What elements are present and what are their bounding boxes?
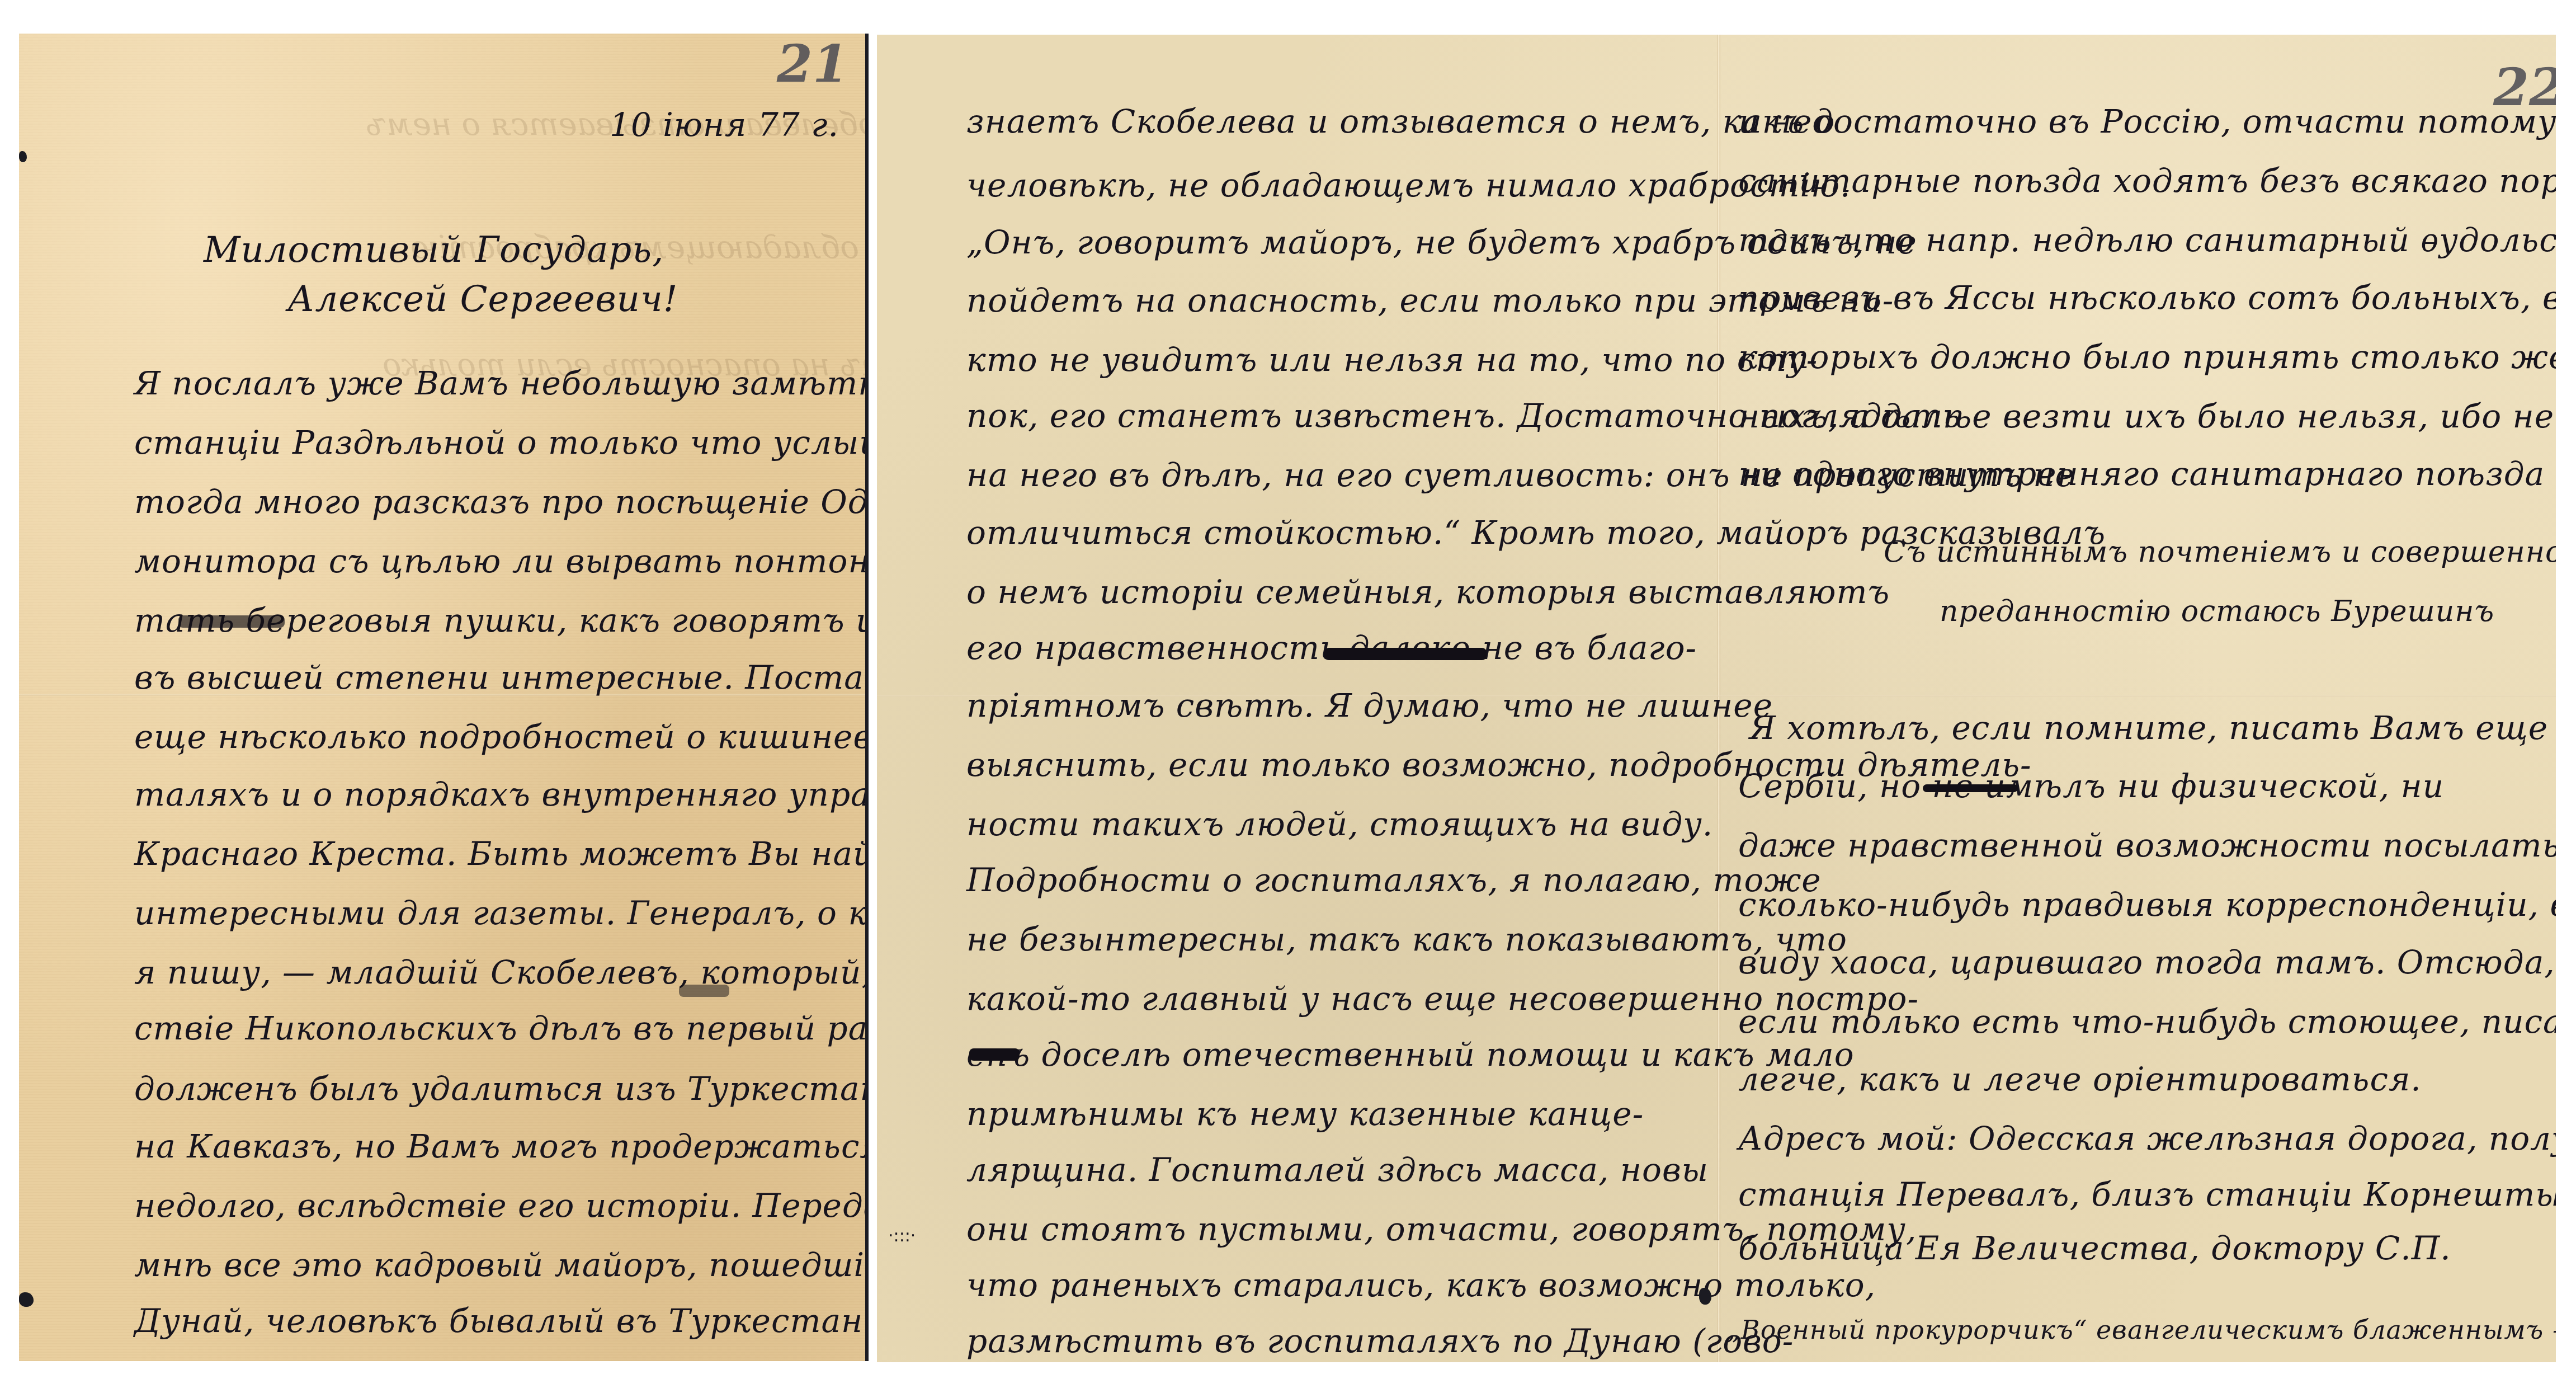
text-line: недолго, вслѣдствіе его исторіи. Передал… [134, 1186, 869, 1225]
text-line: я пишу, — младшій Скобелевъ, который, вс… [134, 953, 869, 992]
page-number: 21 [777, 34, 848, 94]
postscript-line: Сербіи, но не имѣлъ ни физической, ни [1738, 766, 2444, 806]
postscript-line: если только есть что-нибудь стоющее, пис… [1738, 1002, 2556, 1041]
postscript-line: Адресъ мой: Одесская желѣзная дорога, по… [1738, 1119, 2556, 1158]
text-line: еще нѣсколько подробностей о кишиневских… [134, 717, 869, 756]
text-line: санитарные поѣзда ходятъ безъ всякаго по… [1738, 161, 2556, 200]
margin-mark: ·:::· [888, 1226, 916, 1246]
text-line: и недостаточно въ Россію, отчасти потому… [1738, 102, 2556, 141]
text-line: таляхъ и о порядкахъ внутренняго управле… [134, 775, 869, 814]
crossed-out-word [969, 1048, 1020, 1061]
paper-tear-mark [19, 151, 27, 162]
text-line: ствіе Никопольскихъ дѣлъ въ первый разъ … [134, 1009, 869, 1048]
text-line: на Кавказъ, но Вамъ могъ продержаться [134, 1127, 869, 1166]
text-line: размѣстить въ госпиталяхъ по Дунаю (гово… [966, 1321, 1794, 1361]
text-line: кто не увидитъ или нельзя на то, что по … [966, 340, 1818, 379]
text-line: такъ что напр. недѣлю санитарный ѳудольс… [1738, 220, 2556, 260]
letter-page-left: знаетъ Скобелева и отзывается о немъ чел… [19, 34, 869, 1361]
text-line: ныхъ, а далѣе везти ихъ было нельзя, ибо… [1738, 397, 2556, 436]
text-line: Подробности о госпиталяхъ, я полагаю, то… [966, 860, 1822, 900]
text-line: Краснаго Креста. Быть можетъ Вы найдете … [134, 834, 869, 873]
crossed-out-word [1923, 784, 2018, 792]
text-line: привезъ въ Яссы нѣсколько сотъ больныхъ,… [1738, 278, 2556, 317]
text-line: Я послалъ уже Вамъ небольшую замѣтку со [134, 364, 869, 403]
postscript-line: станція Перевалъ, близъ станціи Корнешты… [1738, 1175, 2556, 1214]
text-line: пріятномъ свѣтѣ. Я думаю, что не лишнее [966, 686, 1773, 725]
salutation-line: Алексей Сергеевич! [287, 280, 678, 319]
text-line: ности такихъ людей, стоящихъ на виду. [966, 804, 1713, 844]
paper-tear-mark [19, 1292, 34, 1307]
letter-spread-right: знаетъ Скобелева и отзывается о немъ, ка… [877, 35, 2556, 1362]
text-line: знаетъ Скобелева и отзывается о немъ, ка… [966, 102, 1835, 141]
text-line: не безынтересны, такъ какъ показываютъ, … [966, 920, 1847, 959]
text-line: ни одного внутренняго санитарнаго поѣзда… [1738, 454, 2556, 493]
postscript-line: сколько-нибудь правдивыя корреспонденціи… [1738, 885, 2556, 924]
crossed-out-word [1324, 648, 1487, 660]
footnote-line: „Военный прокурорчикъ“ евангелическимъ б… [1727, 1310, 2556, 1349]
text-line: что раненыхъ старались, какъ возможно то… [966, 1265, 1876, 1305]
text-line: долженъ былъ удалиться изъ Туркестана [134, 1069, 869, 1108]
postscript-line: даже нравственной возможности посылать [1738, 826, 2556, 865]
text-line: мнѣ все это кадровый майоръ, пошедшій на [134, 1245, 869, 1284]
postscript-line: Я хотѣлъ, если помните, писать Вамъ еще … [1749, 708, 2556, 747]
postscript-line: легче, какъ и легче оріентироваться. [1738, 1060, 2422, 1099]
text-line: Дунай, человѣкъ бывалый въ Туркестанѣ. О… [134, 1301, 869, 1340]
salutation-line: Милостивый Государь, [204, 230, 664, 270]
postscript-line: виду хаоса, царившаго тогда тамъ. Отсюда… [1738, 943, 2555, 982]
text-line: енъ доселѣ отечественный помощи и какъ м… [966, 1035, 1855, 1074]
text-line: монитора съ цѣлью ли вырвать понтонъ или… [134, 542, 869, 581]
letter-date: 10 іюня 77 г. [610, 105, 839, 144]
text-line: тогда много разсказъ про посѣщеніе Одесс… [134, 482, 869, 521]
paper-tear-mark [1699, 1288, 1711, 1305]
ink-smudge [178, 615, 285, 628]
text-line: примѣнимы къ нему казенные канце- [966, 1094, 1644, 1133]
text-line: которыхъ должно было принять столько же … [1738, 337, 2556, 377]
closing-line: Съ истиннымъ почтеніемъ и совершенной [1884, 533, 2556, 572]
closing-line: преданностію остаюсь Бурешинъ [1940, 592, 2494, 631]
text-line: о немъ исторіи семейныя, которыя выставл… [966, 572, 1890, 611]
text-line: лярщина. Госпиталей здѣсь масса, новы [966, 1150, 1709, 1189]
text-line: станціи Раздѣльной о только что услышанн… [134, 423, 869, 462]
postscript-line: больница Ея Величества, доктору С.П. [1738, 1229, 2451, 1268]
text-line: въ высшей степени интересные. Постараюсь… [134, 658, 869, 697]
text-line: человѣкѣ, не обладающемъ нимало храброст… [966, 166, 1851, 205]
text-line: интересными для газеты. Генералъ, о кото… [134, 893, 869, 933]
ink-smudge [679, 985, 729, 997]
